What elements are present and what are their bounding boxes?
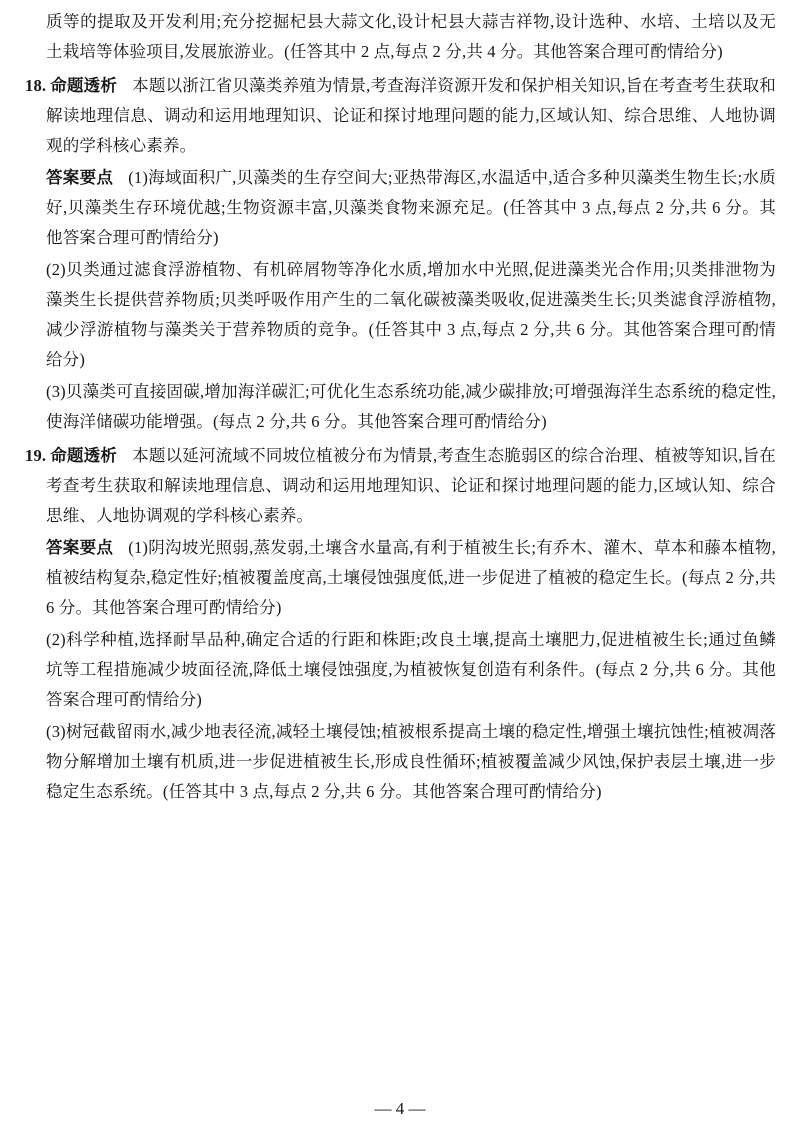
answer-text: (1)海域面积广,贝藻类的生存空间大;亚热带海区,水温适中,适合多种贝藻类生物生… [46,168,776,247]
answer-block: 答案要点(1)阴沟坡光照弱,蒸发弱,土壤含水量高,有利于植被生长;有乔木、灌木、… [46,533,776,807]
answer-paragraph: 答案要点(1)阴沟坡光照弱,蒸发弱,土壤含水量高,有利于植被生长;有乔木、灌木、… [46,533,776,623]
analysis-label: 命题透析 [50,446,117,465]
page-number: — 4 — [0,1099,800,1119]
answer-text: (1)阴沟坡光照弱,蒸发弱,土壤含水量高,有利于植被生长;有乔木、灌木、草本和藤… [46,538,776,617]
analysis-label: 命题透析 [50,76,117,95]
answer-block: 答案要点(1)海域面积广,贝藻类的生存空间大;亚热带海区,水温适中,适合多种贝藻… [46,163,776,437]
answer-paragraph: (2)贝类通过滤食浮游植物、有机碎屑物等净化水质,增加水中光照,促进藻类光合作用… [46,255,776,375]
item-number: 19. [25,446,50,465]
continuation-paragraph: 质等的提取及开发利用;充分挖掘杞县大蒜文化,设计杞县大蒜吉祥物,设计选种、水培、… [46,7,776,67]
analysis-paragraph: 19.命题透析本题以延河流域不同坡位植被分布为情景,考查生态脆弱区的综合治理、植… [46,441,776,531]
answer-label: 答案要点 [46,538,113,557]
answer-paragraph: (2)科学种植,选择耐旱品种,确定合适的行距和株距;改良土壤,提高土壤肥力,促进… [46,625,776,715]
document-page: 质等的提取及开发利用;充分挖掘杞县大蒜文化,设计杞县大蒜吉祥物,设计选种、水培、… [25,7,776,807]
answer-paragraph: 答案要点(1)海域面积广,贝藻类的生存空间大;亚热带海区,水温适中,适合多种贝藻… [46,163,776,253]
answer-paragraph: (3)贝藻类可直接固碳,增加海洋碳汇;可优化生态系统功能,减少碳排放;可增强海洋… [46,377,776,437]
answer-label: 答案要点 [46,168,113,187]
answer-paragraph: (3)树冠截留雨水,减少地表径流,减轻土壤侵蚀;植被根系提高土壤的稳定性,增强土… [46,717,776,807]
analysis-text: 本题以浙江省贝藻类养殖为情景,考查海洋资源开发和保护相关知识,旨在考查考生获取和… [46,76,776,155]
question-item-19: 19.命题透析本题以延河流域不同坡位植被分布为情景,考查生态脆弱区的综合治理、植… [46,441,776,807]
analysis-paragraph: 18.命题透析本题以浙江省贝藻类养殖为情景,考查海洋资源开发和保护相关知识,旨在… [46,71,776,161]
question-item-18: 18.命题透析本题以浙江省贝藻类养殖为情景,考查海洋资源开发和保护相关知识,旨在… [46,71,776,437]
analysis-text: 本题以延河流域不同坡位植被分布为情景,考查生态脆弱区的综合治理、植被等知识,旨在… [46,446,776,525]
item-number: 18. [25,76,50,95]
